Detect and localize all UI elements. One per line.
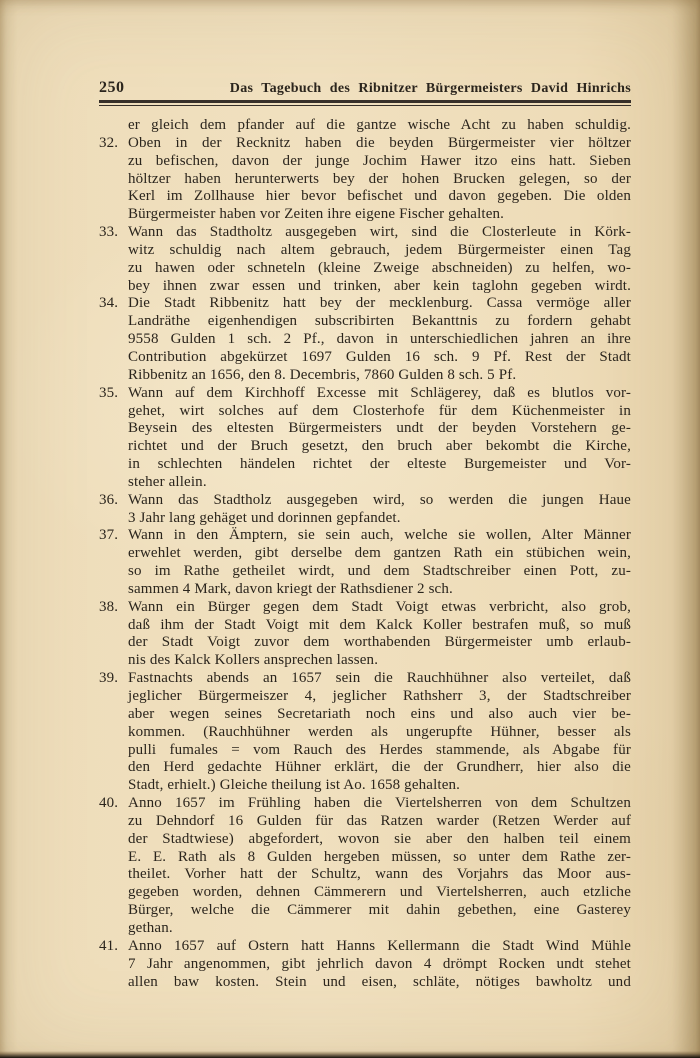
paragraph: 32.Oben in der Recknitz haben die beyden… <box>99 135 631 224</box>
paragraph-number: 39. <box>99 670 128 795</box>
header-rule-thick <box>99 100 631 103</box>
text-line: zu Dehndorf 16 Gulden für das Ratzen war… <box>128 813 631 831</box>
paragraph-number: 38. <box>99 599 128 670</box>
text-line: jeglicher Bürgermeiszer 4, jeglicher Rat… <box>128 688 631 706</box>
paragraph: 36.Wann das Stadtholz ausgegeben wird, s… <box>99 492 631 528</box>
text-line: 9558 Gulden 1 sch. 2 Pf., davon in unter… <box>128 331 631 349</box>
text-line: Bürgermeister haben vor Zeiten ihre eige… <box>128 206 631 224</box>
paragraph: 39.Fastnachts abends an 1657 sein die Ra… <box>99 670 631 795</box>
text-line: Bürger, welche die Cämmerer mit dahin ge… <box>128 902 631 920</box>
text-line: 3 Jahr lang gehäget und dorinnen gepfand… <box>128 510 631 528</box>
paragraph-lines: Anno 1657 auf Ostern hatt Hanns Kellerma… <box>128 938 631 992</box>
header-rule <box>99 100 631 106</box>
text-line: sammen 4 Mark, davon kriegt der Rathsdie… <box>128 581 631 599</box>
paragraph-number: 33. <box>99 224 128 295</box>
text-line: gegeben worden, dehnen Cämmerern und Vie… <box>128 884 631 902</box>
paragraph-lines: Wann auf dem Kirchhoff Excesse mit Schlä… <box>128 385 631 492</box>
paragraph-lines: Die Stadt Ribbenitz hatt bey der mecklen… <box>128 295 631 384</box>
paragraph-number: 36. <box>99 492 128 528</box>
paragraph: 38.Wann ein Bürger gegen dem Stadt Voigt… <box>99 599 631 670</box>
page-number: 250 <box>99 79 125 97</box>
paragraph: 37.Wann in den Ämptern, sie sein auch, w… <box>99 527 631 598</box>
text-line: Anno 1657 auf Ostern hatt Hanns Kellerma… <box>128 938 631 956</box>
header-rule-thin <box>99 105 631 106</box>
text-line: Die Stadt Ribbenitz hatt bey der mecklen… <box>128 295 631 313</box>
text-line: Stadt, erhielt.) Gleiche theilung ist Ao… <box>128 777 631 795</box>
text-line: der Stadt Voigt zuvor dem worthabenden B… <box>128 634 631 652</box>
text-line: kommen. (Rauchhühner werden als ungerupf… <box>128 724 631 742</box>
text-line: richtet und der Bruch gesetzt, den bruch… <box>128 438 631 456</box>
paragraph-lines: Anno 1657 im Frühling haben die Viertels… <box>128 795 631 938</box>
text-line: steher allein. <box>128 474 631 492</box>
paragraph: 34.Die Stadt Ribbenitz hatt bey der meck… <box>99 295 631 384</box>
paragraph-lines: Wann das Stadtholz ausgegeben wird, so w… <box>128 492 631 528</box>
text-line: daß ihm der Stadt Voigt mit dem Kalck Ko… <box>128 617 631 635</box>
paragraph-lines: Wann ein Bürger gegen dem Stadt Voigt et… <box>128 599 631 670</box>
text-line: den Herd gedachte Hühner erklärt, die de… <box>128 759 631 777</box>
text-line: Wann das Stadtholtz ausgegeben wirt, sin… <box>128 224 631 242</box>
paragraph-number <box>99 117 128 135</box>
paragraph-number: 35. <box>99 385 128 492</box>
paragraph-lines: er gleich dem pfander auf die gantze wis… <box>128 117 631 135</box>
text-line: Contribution abgekürzet 1697 Gulden 16 s… <box>128 349 631 367</box>
text-line: er gleich dem pfander auf die gantze wis… <box>128 117 631 135</box>
running-title: Das Tagebuch des Ribnitzer Bürgermeister… <box>230 81 631 97</box>
text-line: theilet. Vorher hatt der Schultz, wann d… <box>128 866 631 884</box>
text-line: Wann auf dem Kirchhoff Excesse mit Schlä… <box>128 385 631 403</box>
page-header: 250 Das Tagebuch des Ribnitzer Bürgermei… <box>99 79 631 97</box>
text-body: er gleich dem pfander auf die gantze wis… <box>99 117 631 991</box>
text-line: Oben in der Recknitz haben die beyden Bü… <box>128 135 631 153</box>
text-line: allen baw kosten. Stein und eisen, schlä… <box>128 974 631 992</box>
text-line: zu hawen oder schneteln (kleine Zweige a… <box>128 260 631 278</box>
text-line: erwehlet werden, gibt derselbe dem gantz… <box>128 545 631 563</box>
paragraph-lines: Fastnachts abends an 1657 sein die Rauch… <box>128 670 631 795</box>
paragraph-lines: Oben in der Recknitz haben die beyden Bü… <box>128 135 631 224</box>
paragraph: 33.Wann das Stadtholtz ausgegeben wirt, … <box>99 224 631 295</box>
text-line: Kerl im Zollhause hier bevor befischet u… <box>128 188 631 206</box>
text-line: aber wegen seines Secretariath noch eins… <box>128 706 631 724</box>
book-page: 250 Das Tagebuch des Ribnitzer Bürgermei… <box>0 0 700 1058</box>
text-line: gehet, wirt solches auf dem Closterhofe … <box>128 403 631 421</box>
paragraph: 41.Anno 1657 auf Ostern hatt Hanns Kelle… <box>99 938 631 992</box>
text-line: Wann ein Bürger gegen dem Stadt Voigt et… <box>128 599 631 617</box>
text-line: Landräthe eigenhendigen subscribirten Be… <box>128 313 631 331</box>
text-line: Anno 1657 im Frühling haben die Viertels… <box>128 795 631 813</box>
text-line: pulli fumales = vom Rauch des Herdes sta… <box>128 742 631 760</box>
text-line: bey ihnen zwar essen und trinken, aber k… <box>128 278 631 296</box>
text-line: zu befischen, davon der junge Jochim Haw… <box>128 153 631 171</box>
text-line: Fastnachts abends an 1657 sein die Rauch… <box>128 670 631 688</box>
text-line: E. E. Rath als 8 Gulden hergeben müssen,… <box>128 849 631 867</box>
paragraph-number: 32. <box>99 135 128 224</box>
paragraph: er gleich dem pfander auf die gantze wis… <box>99 117 631 135</box>
paragraph-number: 40. <box>99 795 128 938</box>
text-line: Wann in den Ämptern, sie sein auch, welc… <box>128 527 631 545</box>
scan-bottom-edge <box>0 1051 700 1058</box>
paragraph-number: 34. <box>99 295 128 384</box>
text-line: so im Rathe getheilet wirdt, und dem Sta… <box>128 563 631 581</box>
paragraph: 40.Anno 1657 im Frühling haben die Viert… <box>99 795 631 938</box>
paragraph-lines: Wann das Stadtholtz ausgegeben wirt, sin… <box>128 224 631 295</box>
text-line: höltzer haben herunterwerts bey der hohe… <box>128 171 631 189</box>
paragraph-number: 37. <box>99 527 128 598</box>
text-line: der Stadtwiese) abgefordert, wovon sie a… <box>128 831 631 849</box>
text-line: gethan. <box>128 920 631 938</box>
paragraph-number: 41. <box>99 938 128 992</box>
text-line: Beysein des eltesten Bürgermeisters undt… <box>128 420 631 438</box>
text-line: in schlechten händelen richtet der eltes… <box>128 456 631 474</box>
text-line: witz schuldig nach altem gebrauch, jedem… <box>128 242 631 260</box>
text-line: Wann das Stadtholz ausgegeben wird, so w… <box>128 492 631 510</box>
text-line: 7 Jahr angenommen, gibt jehrlich davon 4… <box>128 956 631 974</box>
text-line: nis des Kalck Kollers ansprechen lassen. <box>128 652 631 670</box>
paragraph-lines: Wann in den Ämptern, sie sein auch, welc… <box>128 527 631 598</box>
paragraph: 35.Wann auf dem Kirchhoff Excesse mit Sc… <box>99 385 631 492</box>
text-line: Ribbenitz an 1656, den 8. Decembris, 786… <box>128 367 631 385</box>
